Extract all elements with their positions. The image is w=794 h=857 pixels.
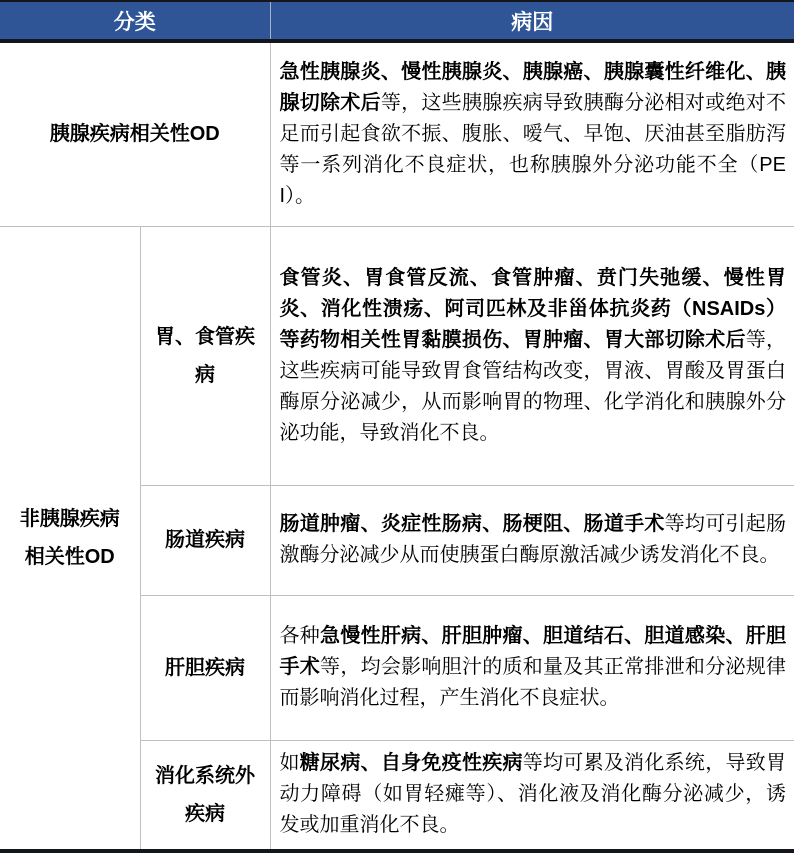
cause-cell: 各种急慢性肝病、肝胆肿瘤、胆道结石、胆道感染、肝胆手术等，均会影响胆汁的质和量及…: [270, 595, 794, 740]
subcategory-cell: 消化系统外疾病: [140, 740, 270, 851]
disease-term: 肠道肿瘤、炎症性肠病、肠梗阻、肠道手术: [280, 513, 665, 535]
non-pancreatic-od-category-cell: 非胰腺疾病相关性OD: [0, 226, 140, 851]
subcategory-cell: 肝胆疾病: [140, 595, 270, 740]
header-category: 分类: [0, 1, 270, 41]
cause-text: 各种: [280, 625, 321, 647]
cause-cell: 如糖尿病、自身免疫性疾病等均可累及消化系统，导致胃动力障碍（如胃轻瘫等）、消化液…: [270, 740, 794, 851]
subcategory-cell: 胃、食管疾病: [140, 226, 270, 485]
cause-text: 等，均会影响胆汁的质和量及其正常排泄和分泌规律而影响消化过程，产生消化不良症状。: [280, 656, 787, 709]
cause-cell: 肠道肿瘤、炎症性肠病、肠梗阻、肠道手术等均可引起肠激酶分泌减少从而使胰蛋白酶原激…: [270, 485, 794, 595]
table-header: 分类 病因: [0, 1, 794, 41]
subcategory-cell: 肠道疾病: [140, 485, 270, 595]
cause-text: 如: [280, 752, 300, 774]
header-row: 分类 病因: [0, 1, 794, 41]
header-cause: 病因: [270, 1, 794, 41]
disease-term: 糖尿病、自身免疫性疾病: [300, 752, 523, 774]
gastroesophageal-row: 非胰腺疾病相关性OD 胃、食管疾病 食管炎、胃食管反流、食管肿瘤、贲门失弛缓、慢…: [0, 226, 794, 485]
pancreatic-od-category-cell: 胰腺疾病相关性OD: [0, 41, 270, 226]
pancreatic-od-cause-cell: 急性胰腺炎、慢性胰腺炎、胰腺癌、胰腺囊性纤维化、胰腺切除术后等，这些胰腺疾病导致…: [270, 41, 794, 226]
pancreatic-od-row: 胰腺疾病相关性OD 急性胰腺炎、慢性胰腺炎、胰腺癌、胰腺囊性纤维化、胰腺切除术后…: [0, 41, 794, 226]
od-etiology-table: 分类 病因 胰腺疾病相关性OD 急性胰腺炎、慢性胰腺炎、胰腺癌、胰腺囊性纤维化、…: [0, 0, 794, 853]
cause-cell: 食管炎、胃食管反流、食管肿瘤、贲门失弛缓、慢性胃炎、消化性溃疡、阿司匹林及非甾体…: [270, 226, 794, 485]
disease-term: 食管炎、胃食管反流、食管肿瘤、贲门失弛缓、慢性胃炎、消化性溃疡、阿司匹林及非甾体…: [280, 267, 787, 351]
